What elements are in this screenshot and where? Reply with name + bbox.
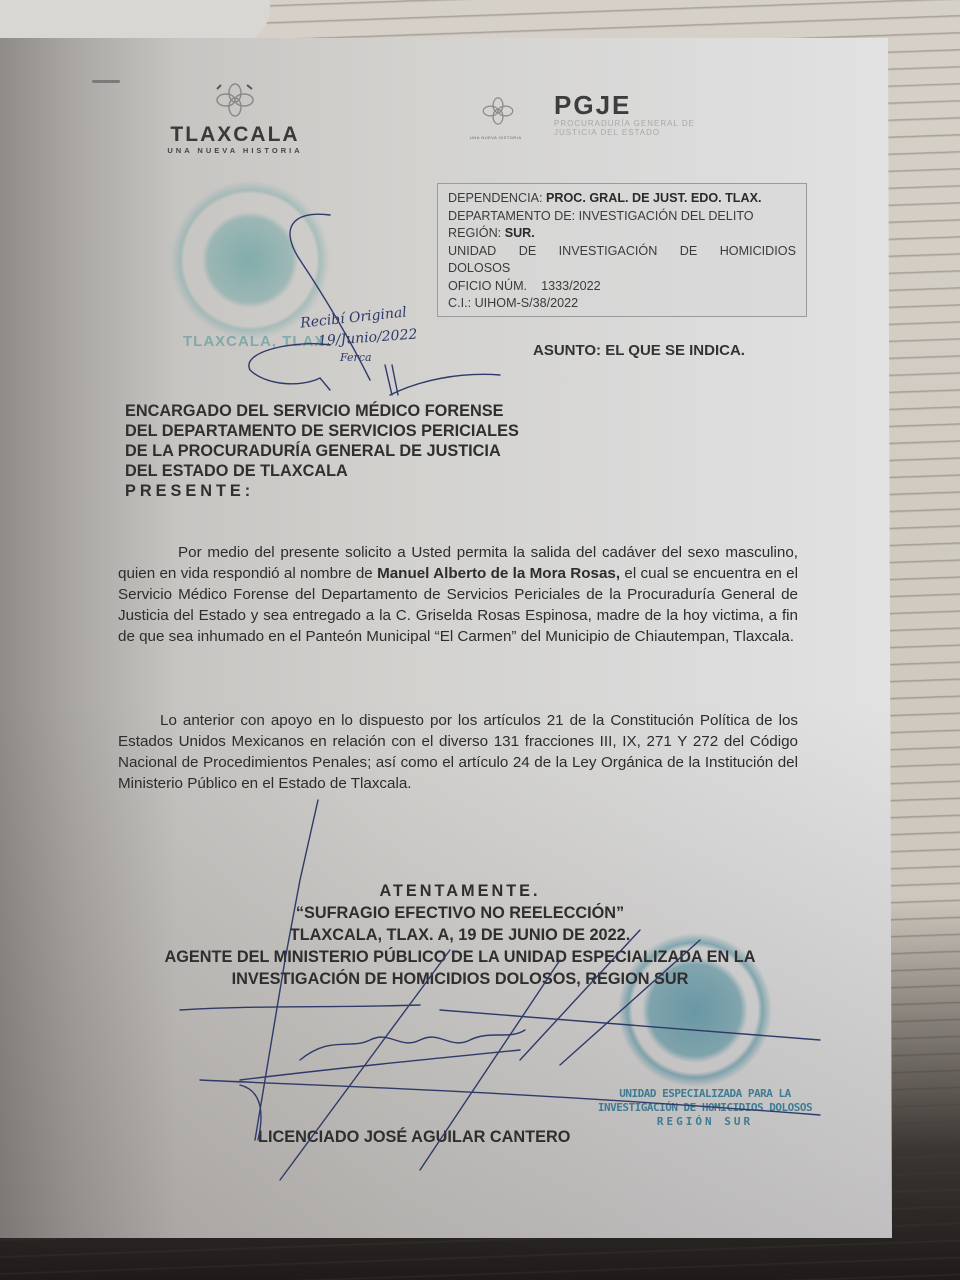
pgje-wordmark: PGJE [554, 90, 631, 121]
unit-seal-line2: INVESTIGACIÓN DE HOMICIDIOS DOLOSOS [590, 1101, 820, 1115]
oficio-line: OFICIO NÚM. 1333/2022 [448, 278, 796, 296]
signer-title-line2: INVESTIGACIÓN DE HOMICIDIOS DOLOSOS, REG… [100, 968, 820, 990]
unidad-line: UNIDAD DE INVESTIGACIÓN DE HOMICIDIOS [448, 243, 796, 261]
closing-motto: “SUFRAGIO EFECTIVO NO REELECCIÓN” [100, 902, 820, 924]
tlaxcala-logo: TLAXCALA UNA NUEVA HISTORIA [140, 80, 330, 155]
unidad-word: INVESTIGACIÓN [559, 243, 658, 261]
pgje-tagline: UNA NUEVA HISTORIA [470, 135, 522, 140]
tlaxcala-tagline: UNA NUEVA HISTORIA [140, 146, 330, 155]
oficio-label: OFICIO NÚM. [448, 279, 527, 293]
unit-seal-line1: UNIDAD ESPECIALIZADA PARA LA [590, 1087, 820, 1101]
tlaxcala-wordmark: TLAXCALA [140, 123, 330, 147]
unit-seal-line3: REGIÓN SUR [590, 1115, 820, 1129]
addressee-line: ENCARGADO DEL SERVICIO MÉDICO FORENSE [125, 401, 519, 421]
carpeta-investigacion-line: C.I.: UIHOM-S/38/2022 [448, 295, 796, 313]
closing-atentamente: ATENTAMENTE. [100, 880, 820, 902]
dependencia-line: DEPENDENCIA: PROC. GRAL. DE JUST. EDO. T… [448, 190, 796, 208]
unidad-word: DE [519, 243, 537, 261]
dependencia-label: DEPENDENCIA: [448, 191, 542, 205]
addressee-line: DEL DEPARTAMENTO DE SERVICIOS PERICIALES [125, 421, 519, 441]
region-line: REGIÓN: SUR. [448, 225, 796, 243]
unidad-word: DE [680, 243, 698, 261]
addressee-line: DEL ESTADO DE TLAXCALA [125, 461, 519, 481]
flower-emblem-icon [213, 80, 257, 120]
signer-name: LICENCIADO JOSÉ AGUILAR CANTERO [258, 1128, 570, 1147]
departamento-line: DEPARTAMENTO DE: INVESTIGACIÓN DEL DELIT… [448, 208, 796, 226]
dependencia-value: PROC. GRAL. DE JUST. EDO. TLAX. [546, 191, 762, 205]
addressee-block: ENCARGADO DEL SERVICIO MÉDICO FORENSE DE… [125, 401, 519, 501]
region-label: REGIÓN: [448, 226, 501, 240]
handwritten-received-initials: Ferca [340, 351, 372, 364]
p2-text: Lo anterior con apoyo en lo dispuesto po… [118, 712, 798, 792]
addressee-line: DE LA PROCURADURÍA GENERAL DE JUSTICIA [125, 441, 519, 461]
region-value: SUR. [505, 226, 535, 240]
pgje-subtitle: PROCURADURÍA GENERAL DE JUSTICIA DEL EST… [554, 119, 754, 137]
flower-emblem-icon [480, 94, 516, 128]
receipt-seal-label: TLAXCALA, TLAX. [183, 333, 331, 350]
unit-seal-text: UNIDAD ESPECIALIZADA PARA LA INVESTIGACI… [590, 1087, 820, 1129]
closing-block: ATENTAMENTE. “SUFRAGIO EFECTIVO NO REELE… [100, 880, 820, 990]
subject-line: ASUNTO: EL QUE SE INDICA. [533, 342, 745, 359]
unidad-continuation: DOLOSOS [448, 260, 796, 278]
signer-title-line1: AGENTE DEL MINISTERIO PÚBLICO DE LA UNID… [100, 946, 820, 968]
pgje-subtitle-line1: PROCURADURÍA GENERAL DE [554, 119, 754, 128]
body-paragraph-1: Por medio del presente solicito a Usted … [118, 542, 798, 647]
document-reference-box: DEPENDENCIA: PROC. GRAL. DE JUST. EDO. T… [437, 183, 807, 317]
staple [92, 80, 120, 83]
oficio-number: 1333/2022 [541, 279, 601, 293]
closing-place-date: TLAXCALA, TLAX. A, 19 DE JUNIO DE 2022. [100, 924, 820, 946]
unidad-word: HOMICIDIOS [720, 243, 796, 261]
pgje-subtitle-line2: JUSTICIA DEL ESTADO [554, 128, 754, 137]
body-paragraph-2: Lo anterior con apoyo en lo dispuesto po… [118, 710, 798, 794]
presente-line: PRESENTE: [125, 481, 519, 501]
unidad-word: UNIDAD [448, 243, 496, 261]
deceased-name: Manuel Alberto de la Mora Rosas, [377, 565, 620, 582]
